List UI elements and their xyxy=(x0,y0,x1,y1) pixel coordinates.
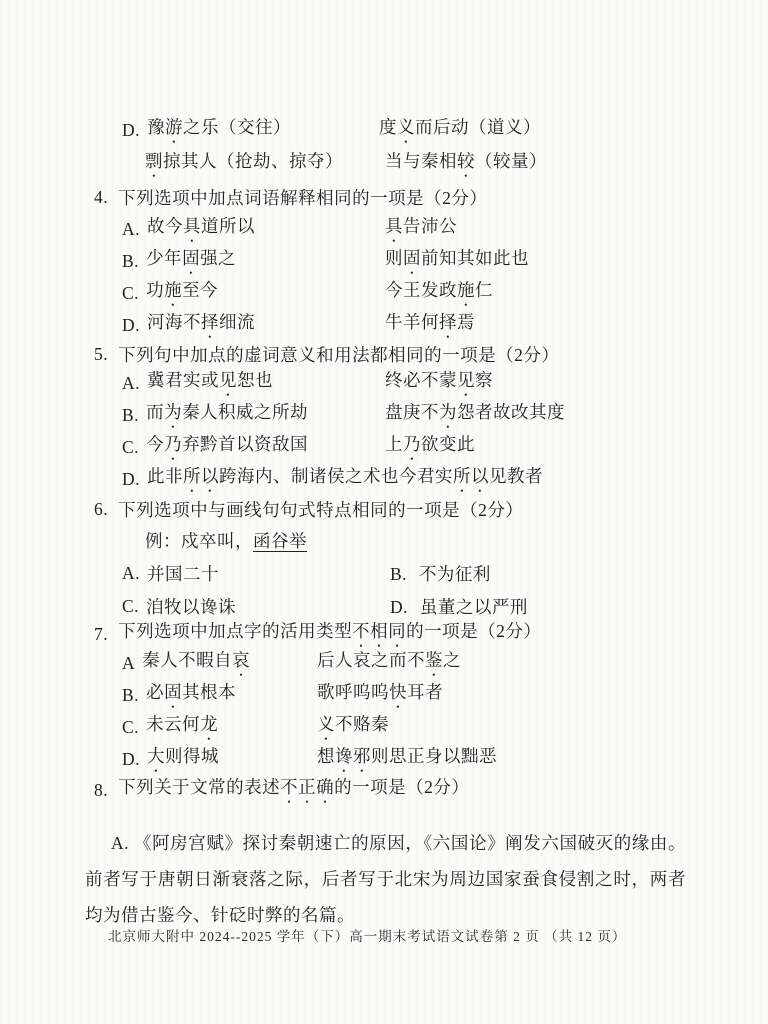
q7-option-a: A 秦人不暇自哀 后人哀之而不鉴之 xyxy=(0,647,768,679)
option-left-text: 剽掠其人（抢劫、掠夺） xyxy=(145,148,343,181)
option-left-text: 大则得城 xyxy=(147,743,219,776)
option-label: D. xyxy=(122,749,140,770)
option-right-text: 终必不蒙见察 xyxy=(385,367,493,400)
option-left-text: 而为秦人积威之所劫 xyxy=(146,399,308,432)
option-right-text: 则固前知其如此也 xyxy=(385,245,529,278)
option-right-text: 后人哀之而不鉴之 xyxy=(317,647,461,680)
option-text: 洎牧以谗诛 xyxy=(146,594,236,619)
option-text: 不为征利 xyxy=(419,564,491,584)
question-7: 7. 下列选项中加点字的活用类型不相同的一项是（2分） A 秦人不暇自哀 后人哀… xyxy=(0,622,768,775)
option-label: A. xyxy=(122,563,140,584)
option-left-text: 必固其根本 xyxy=(146,679,236,712)
question-5-header: 5. 下列句中加点的虚词意义和用法都相同的一项是（2分） xyxy=(0,341,768,367)
option-label: D. xyxy=(122,469,140,490)
question-7-header: 7. 下列选项中加点字的活用类型不相同的一项是（2分） xyxy=(0,622,768,647)
scanned-exam-page: D. 豫游之乐（交往） 度义而后动（道义） 剽掠其人（抢劫、掠夺） 当与秦相较（… xyxy=(0,0,768,1024)
question-4-header: 4. 下列选项中加点词语解释相同的一项是（2分） xyxy=(0,181,768,213)
option-label: D. xyxy=(122,120,140,141)
q6-options-row-ab: A. 并国二十 B. 不为征利 xyxy=(0,557,768,590)
option-right-text: 义不赂秦 xyxy=(317,711,389,744)
option-right-text: 今君实所以见教者 xyxy=(399,463,543,496)
option-label: B. xyxy=(390,564,407,584)
option-label: D. xyxy=(390,597,408,617)
option-left-text: 故今具道所以 xyxy=(147,213,255,246)
question-title: 下列关于文常的表述不正确的一项是（2分） xyxy=(118,774,469,807)
q3-option-d-row1: D. 豫游之乐（交往） 度义而后动（道义） xyxy=(0,112,768,148)
question-8-header: 8. 下列关于文常的表述不正确的一项是（2分） xyxy=(0,775,768,805)
question-8: 8. 下列关于文常的表述不正确的一项是（2分） A. 《阿房宫赋》探讨秦朝速亡的… xyxy=(0,775,768,933)
option-right-text: 上乃欲变此 xyxy=(385,431,475,464)
option-right-text: 盘庚不为怨者故改其度 xyxy=(385,399,565,432)
option-left-text: 秦人不暇自哀 xyxy=(142,647,250,680)
q4-option-d: D. 河海不择细流 牛羊何择焉 xyxy=(0,309,768,341)
question-number: 4. xyxy=(94,187,108,208)
option-left-text: 此非所以跨海内、制诸侯之术也 xyxy=(147,463,399,496)
option-text: 并国二十 xyxy=(147,561,219,586)
option-label: A. xyxy=(122,219,140,240)
option-left-text: 未云何龙 xyxy=(146,711,218,744)
option-right-text: 当与秦相较（较量） xyxy=(385,148,547,181)
q4-option-c: C. 功施至今 今王发政施仁 xyxy=(0,277,768,309)
option-label: B. xyxy=(122,685,139,706)
option-right-text: 歌呼呜呜快耳者 xyxy=(317,679,443,712)
option-label: C. xyxy=(122,596,139,617)
q4-option-a: A. 故今具道所以 具告沛公 xyxy=(0,213,768,245)
page-footer: 北京师大附中 2024--2025 学年（下）高一期末考试语文试卷第 2 页 （… xyxy=(108,922,626,948)
question-title: 下列选项中与画线句句式特点相同的一项是（2分） xyxy=(118,497,523,522)
example-text: 例：戍卒叫，函谷举 xyxy=(145,528,307,553)
question-6: 6. 下列选项中与画线句句式特点相同的一项是（2分） 例：戍卒叫，函谷举 A. … xyxy=(0,495,768,622)
question-6-header: 6. 下列选项中与画线句句式特点相同的一项是（2分） xyxy=(0,495,768,523)
q5-option-a: A. 冀君实或见恕也 终必不蒙见察 xyxy=(0,367,768,399)
option-left-text: 豫游之乐（交往） xyxy=(147,114,291,147)
option-left-text: 今乃弃黔首以资敌国 xyxy=(146,431,308,464)
exam-content: D. 豫游之乐（交往） 度义而后动（道义） 剽掠其人（抢劫、掠夺） 当与秦相较（… xyxy=(0,112,768,950)
question-number: 8. xyxy=(94,780,108,801)
option-left-text: 功施至今 xyxy=(146,277,218,310)
option-left-text: 少年固强之 xyxy=(146,245,236,278)
q3-option-d-row2: 剽掠其人（抢劫、掠夺） 当与秦相较（较量） xyxy=(0,148,768,181)
q5-option-d: D. 此非所以跨海内、制诸侯之术也 今君实所以见教者 xyxy=(0,463,768,495)
q4-option-b: B. 少年固强之 则固前知其如此也 xyxy=(0,245,768,277)
q7-option-b: B. 必固其根本 歌呼呜呜快耳者 xyxy=(0,679,768,711)
q7-option-d: D. 大则得城 想谗邪则思正身以黜恶 xyxy=(0,743,768,775)
option-label: A. xyxy=(122,373,140,394)
option-text: 虽董之以严刑 xyxy=(420,597,528,617)
option-label: D. xyxy=(122,315,140,336)
option-label: C. xyxy=(122,437,139,458)
option-right-text: 牛羊何择焉 xyxy=(385,309,475,342)
option-right-text: 今王发政施仁 xyxy=(385,277,493,310)
question-number: 5. xyxy=(94,344,108,365)
option-left-text: 冀君实或见恕也 xyxy=(147,367,273,400)
option-label: B. xyxy=(122,405,139,426)
option-right-text: 度义而后动（道义） xyxy=(379,114,541,147)
q6-example-sentence: 例：戍卒叫，函谷举 xyxy=(0,523,768,557)
question-number: 6. xyxy=(94,499,108,520)
option-label: C. xyxy=(122,283,139,304)
option-label: B. xyxy=(122,251,139,272)
q5-option-c: C. 今乃弃黔首以资敌国 上乃欲变此 xyxy=(0,431,768,463)
question-4: 4. 下列选项中加点词语解释相同的一项是（2分） A. 故今具道所以 具告沛公 … xyxy=(0,181,768,341)
option-right-text: 想谗邪则思正身以黜恶 xyxy=(317,743,497,776)
question-title: 下列选项中加点词语解释相同的一项是（2分） xyxy=(118,185,487,210)
q5-option-b: B. 而为秦人积威之所劫 盘庚不为怨者故改其度 xyxy=(0,399,768,431)
q8-option-a-paragraph: A. 《阿房宫赋》探讨秦朝速亡的原因，《六国论》阐发六国破灭的缘由。前者写于唐朝… xyxy=(0,823,768,933)
question-title: 下列句中加点的虚词意义和用法都相同的一项是（2分） xyxy=(118,342,559,367)
q7-option-c: C. 未云何龙 义不赂秦 xyxy=(0,711,768,743)
option-label: A xyxy=(122,653,135,674)
option-left-text: 河海不择细流 xyxy=(147,309,255,342)
option-right-text: 具告沛公 xyxy=(385,213,457,246)
question-3-continued: D. 豫游之乐（交往） 度义而后动（道义） 剽掠其人（抢劫、掠夺） 当与秦相较（… xyxy=(0,112,768,181)
question-number: 7. xyxy=(94,624,108,645)
option-label: C. xyxy=(122,717,139,738)
question-5: 5. 下列句中加点的虚词意义和用法都相同的一项是（2分） A. 冀君实或见恕也 … xyxy=(0,341,768,495)
